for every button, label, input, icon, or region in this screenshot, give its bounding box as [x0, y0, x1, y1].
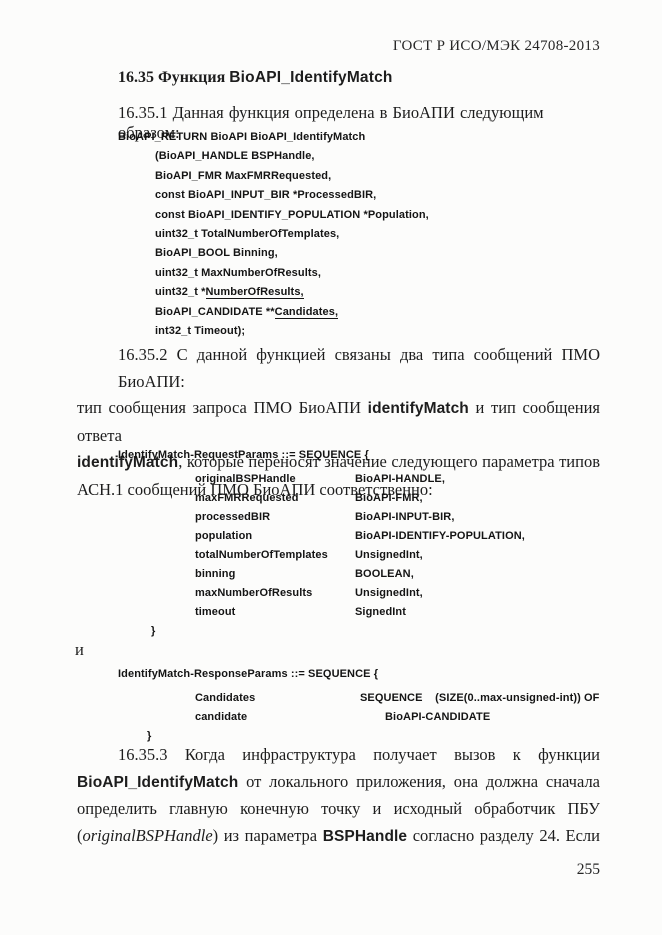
- document-page: ГОСТ Р ИСО/МЭК 24708-2013 16.35 Функция …: [0, 0, 662, 935]
- asn-field-type: BioAPI-INPUT-BIR,: [355, 508, 454, 527]
- asn-field-name: population: [195, 527, 355, 546]
- asn-field-type: BioAPI-HANDLE,: [355, 470, 445, 489]
- section-heading-number: 16.35 Функция: [118, 69, 229, 86]
- text-run: тип сообщения запроса ПМО БиоАПИ: [77, 398, 361, 417]
- asn1-response-params-block: IdentifyMatch-ResponseParams ::= SEQUENC…: [77, 665, 600, 746]
- asn-field-type: UnsignedInt,: [355, 584, 423, 603]
- asn-field-name: binning: [195, 565, 355, 584]
- code-line: uint32_t TotalNumberOfTemplates,: [77, 225, 600, 244]
- asn-field-name: maxNumberOfResults: [195, 584, 355, 603]
- asn-field-name: totalNumberOfTemplates: [195, 546, 355, 565]
- asn-field-type: BioAPI-CANDIDATE: [385, 708, 490, 727]
- paragraph-line: (originalBSPHandle) из параметра BSPHand…: [77, 823, 600, 851]
- asn-header-line: IdentifyMatch-RequestParams ::= SEQUENCE…: [77, 446, 600, 465]
- asn-field-row: populationBioAPI-IDENTIFY-POPULATION,: [77, 527, 600, 546]
- asn-field-row: candidateBioAPI-CANDIDATE: [77, 708, 600, 727]
- code-line: BioAPI_RETURN BioAPI BioAPI_IdentifyMatc…: [77, 128, 600, 147]
- asn-field-row: CandidatesSEQUENCE (SIZE(0..max-unsigned…: [77, 689, 600, 708]
- bold-term: identifyMatch: [368, 400, 469, 417]
- asn-field-name: candidate: [195, 708, 360, 727]
- asn-field-name: maxFMRRequested: [195, 489, 355, 508]
- code-line: uint32_t MaxNumberOfResults,: [77, 264, 600, 283]
- asn-field-name: originalBSPHandle: [195, 470, 355, 489]
- asn-field-rows: CandidatesSEQUENCE (SIZE(0..max-unsigned…: [77, 689, 600, 727]
- paragraph-16-35-3: 16.35.3 Когда инфраструктура получает вы…: [77, 742, 600, 850]
- asn-field-type: BioAPI-FMR,: [355, 489, 423, 508]
- asn1-request-params-block: IdentifyMatch-RequestParams ::= SEQUENCE…: [77, 446, 600, 641]
- asn-field-type: UnsignedInt,: [355, 546, 423, 565]
- underlined-output-param: Candidates,: [275, 306, 338, 319]
- code-line: BioAPI_FMR MaxFMRRequested,: [77, 167, 600, 186]
- section-heading: 16.35 Функция BioAPI_IdentifyMatch: [77, 69, 600, 87]
- function-declaration-code-block: BioAPI_RETURN BioAPI BioAPI_IdentifyMatc…: [77, 128, 600, 341]
- asn-field-type: BOOLEAN,: [355, 565, 414, 584]
- asn-field-row: binningBOOLEAN,: [77, 565, 600, 584]
- asn-field-row: originalBSPHandleBioAPI-HANDLE,: [77, 470, 600, 489]
- code-line: uint32_t *NumberOfResults,: [77, 283, 600, 302]
- text-run: 16.35.3 Когда инфраструктура получает вы…: [118, 745, 600, 764]
- running-header: ГОСТ Р ИСО/МЭК 24708-2013: [77, 38, 600, 55]
- paragraph-line: тип сообщения запроса ПМО БиоАПИ identif…: [77, 395, 600, 449]
- page-number: 255: [77, 861, 600, 879]
- asn-field-name: processedBIR: [195, 508, 355, 527]
- asn-field-row: processedBIRBioAPI-INPUT-BIR,: [77, 508, 600, 527]
- asn-field-name: Candidates: [195, 689, 360, 708]
- asn-field-type: SignedInt: [355, 603, 406, 622]
- connector-word: и: [75, 640, 598, 660]
- text-run: определить главную конечную точку и исхо…: [77, 799, 600, 818]
- asn-field-type: BioAPI-IDENTIFY-POPULATION,: [355, 527, 525, 546]
- bold-term: BSPHandle: [323, 828, 407, 845]
- text-run: от локального приложения, она должна сна…: [246, 772, 600, 791]
- code-line: BioAPI_CANDIDATE **Candidates,: [77, 303, 600, 322]
- underlined-output-param: NumberOfResults,: [206, 286, 304, 299]
- code-line: const BioAPI_INPUT_BIR *ProcessedBIR,: [77, 186, 600, 205]
- asn-field-name: timeout: [195, 603, 355, 622]
- paragraph-line: 16.35.2 С данной функцией связаны два ти…: [77, 342, 600, 395]
- code-line: BioAPI_BOOL Binning,: [77, 244, 600, 263]
- paragraph-line: BioAPI_IdentifyMatch от локального прило…: [77, 769, 600, 797]
- asn-field-row: maxNumberOfResultsUnsignedInt,: [77, 584, 600, 603]
- text-run: ) из параметра: [213, 826, 317, 845]
- code-text: uint32_t *: [155, 286, 206, 298]
- text-run: 16.35.2 С данной функцией связаны два ти…: [118, 345, 600, 391]
- asn-field-row: timeoutSignedInt: [77, 603, 600, 622]
- asn-field-type: SEQUENCE (SIZE(0..max-unsigned-int)) OF: [360, 689, 600, 708]
- bold-term: BioAPI_IdentifyMatch: [77, 774, 238, 791]
- section-heading-function-name: BioAPI_IdentifyMatch: [229, 69, 392, 86]
- code-text: BioAPI_CANDIDATE **: [155, 306, 275, 318]
- asn-closing-brace: }: [77, 622, 600, 641]
- text-run: согласно разделу 24. Если: [413, 826, 600, 845]
- paragraph-line: определить главную конечную точку и исхо…: [77, 796, 600, 823]
- asn-header-line: IdentifyMatch-ResponseParams ::= SEQUENC…: [77, 665, 600, 684]
- asn-field-row: maxFMRRequestedBioAPI-FMR,: [77, 489, 600, 508]
- paragraph-line: 16.35.3 Когда инфраструктура получает вы…: [77, 742, 600, 769]
- asn-field-row: totalNumberOfTemplatesUnsignedInt,: [77, 546, 600, 565]
- code-line: int32_t Timeout);: [77, 322, 600, 341]
- code-line: const BioAPI_IDENTIFY_POPULATION *Popula…: [77, 206, 600, 225]
- italic-term: originalBSPHandle: [83, 826, 213, 845]
- code-line: (BioAPI_HANDLE BSPHandle,: [77, 147, 600, 166]
- asn-field-rows: originalBSPHandleBioAPI-HANDLE, maxFMRRe…: [77, 470, 600, 622]
